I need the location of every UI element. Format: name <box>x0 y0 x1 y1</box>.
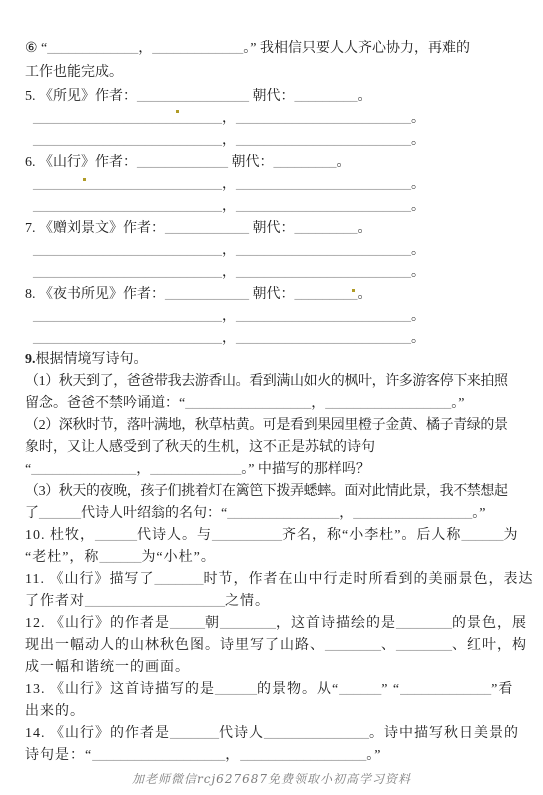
line-text: （3）秋天的夜晚，孩子们挑着灯在篱笆下拨弄蟋蟀。面对此情此景，我不禁想起 <box>25 484 508 499</box>
line-text: 时节，作者在山中行走时所看到的美丽景色，表达 <box>203 572 533 587</box>
line-text: ， <box>225 748 240 763</box>
line-text: 象时，又让人感受到了秋天的生机，这不正是苏轼的诗句 <box>25 440 375 455</box>
line-text: 。 <box>358 221 372 236</box>
fill-in-blank: ___________________________ <box>33 309 222 324</box>
fill-in-blank: ___________________________ <box>33 265 222 280</box>
line-text: 。 <box>411 331 425 346</box>
fill-in-blank: _____________ <box>152 41 243 56</box>
fill-in-blank: _________________________ <box>236 111 411 126</box>
line-text: 根据情境写诗句。 <box>36 352 148 367</box>
fill-in-blank: _________________________ <box>236 309 411 324</box>
line-text: 诗句是：“ <box>25 748 92 763</box>
line-text: 出来的。 <box>25 704 85 719</box>
line-text: 13. 《山行》这首诗描写的是 <box>25 682 215 697</box>
worksheet-body: ⑥ “_____________，_____________。” 我相信只要人人… <box>25 37 525 767</box>
worksheet-line: （1）秋天到了，爸爸带我去游香山。看到满山如火的枫叶，许多游客停下来拍照 <box>25 371 525 393</box>
fill-in-blank: _______ <box>170 726 219 741</box>
fill-in-blank: ___________________________ <box>33 111 222 126</box>
line-text: 11. 《山行》描写了 <box>25 572 154 587</box>
line-text: 朝代： <box>249 287 295 302</box>
worksheet-line: ⑥ “_____________，_____________。” 我相信只要人人… <box>25 37 525 61</box>
worksheet-line: （3）秋天的夜晚，孩子们挑着灯在篱笆下拨弄蟋蟀。面对此情此景，我不禁想起 <box>25 481 525 503</box>
fill-in-blank: ________ <box>396 638 452 653</box>
fill-in-blank: ______ <box>215 682 257 697</box>
line-text: 。” <box>366 748 381 763</box>
line-text: 齐名，称“小李杜”。后人称 <box>282 528 461 543</box>
line-text: ”看 <box>491 682 513 697</box>
line-text: 成一幅和谐统一的画面。 <box>25 660 190 675</box>
fill-in-blank: _____________ <box>400 682 491 697</box>
fill-in-blank: ___________________ <box>92 748 225 763</box>
line-text: ， <box>222 177 236 192</box>
worksheet-line: 出来的。 <box>25 701 525 723</box>
line-text: 7. 《赠刘景文》作者： <box>25 221 165 236</box>
answer-blank-row: ___________________________，____________… <box>25 196 525 218</box>
line-text: ， <box>222 243 236 258</box>
line-text: 朝 <box>205 616 220 631</box>
fill-in-blank: __________________ <box>325 396 451 411</box>
line-text: 代诗人。与 <box>137 528 212 543</box>
answer-blank-row: ___________________________，____________… <box>25 108 525 130</box>
line-text: 的景色，展 <box>452 616 527 631</box>
line-text: ， <box>222 133 236 148</box>
stray-mark <box>352 289 355 292</box>
fill-in-blank: _________ <box>295 221 358 236</box>
fill-in-blank: ______ <box>99 550 141 565</box>
worksheet-line: 诗句是：“___________________，_______________… <box>25 745 525 767</box>
fill-in-blank: _________________________ <box>236 133 411 148</box>
line-text: 。” 我相信只要人人齐心协力，再难的 <box>243 41 470 56</box>
worksheet-line: 成一幅和谐统一的画面。 <box>25 657 525 679</box>
line-text: 。 <box>337 155 351 170</box>
fill-in-blank: _____________ <box>150 462 241 477</box>
answer-blank-row: ___________________________，____________… <box>25 174 525 196</box>
fill-in-blank: _______________ <box>31 462 136 477</box>
line-text: 。 <box>358 89 372 104</box>
line-text: 留念。爸爸不禁吟诵道：“ <box>25 396 185 411</box>
line-text: 9. <box>25 352 36 367</box>
fill-in-blank: _____________ <box>47 41 138 56</box>
worksheet-line: 11. 《山行》描写了_______时节，作者在山中行走时所看到的美丽景色，表达 <box>25 569 525 591</box>
line-text: 朝代： <box>249 221 295 236</box>
worksheet-line: “老杜”，称______为“小杜”。 <box>25 547 525 569</box>
fill-in-blank: _______ <box>154 572 203 587</box>
worksheet-line: 6. 《山行》作者：_____________ 朝代：_________。 <box>25 151 525 174</box>
fill-in-blank: ________ <box>325 638 381 653</box>
line-text: 工作也能完成。 <box>25 65 123 80</box>
line-text: 。 <box>411 111 425 126</box>
fill-in-blank: ________________ <box>227 506 339 521</box>
line-text: 6. 《山行》作者： <box>25 155 137 170</box>
line-text: 代诗人叶绍翁的名句：“ <box>81 506 227 521</box>
fill-in-blank: ________________ <box>137 89 249 104</box>
line-text: 为 <box>503 528 518 543</box>
line-text: 朝代： <box>228 155 274 170</box>
fill-in-blank: ______ <box>339 682 381 697</box>
answer-blank-row: ___________________________，____________… <box>25 328 525 350</box>
answer-blank-row: ___________________________，____________… <box>25 262 525 284</box>
line-text: 8. 《夜书所见》作者： <box>25 287 165 302</box>
line-text: ， <box>222 309 236 324</box>
line-text: （1）秋天到了，爸爸带我去游香山。看到满山如火的枫叶，许多游客停下来拍照 <box>25 374 508 389</box>
worksheet-line: 12. 《山行》的作者是_____朝________，这首诗描绘的是______… <box>25 613 525 635</box>
fill-in-blank: ________ <box>220 616 276 631</box>
fill-in-blank: ____________ <box>165 221 249 236</box>
fill-in-blank: _____ <box>170 616 205 631</box>
fill-in-blank: _________ <box>274 155 337 170</box>
line-text: ， <box>222 265 236 280</box>
line-text: ” “ <box>381 682 400 697</box>
answer-blank-row: ___________________________，____________… <box>25 130 525 152</box>
fill-in-blank: _________________________ <box>236 331 411 346</box>
fill-in-blank: _________ <box>295 89 358 104</box>
worksheet-line: 象时，又让人感受到了秋天的生机，这不正是苏轼的诗句 <box>25 437 525 459</box>
line-text: 、红叶，构 <box>452 638 527 653</box>
fill-in-blank: __________________ <box>185 396 311 411</box>
fill-in-blank: _________ <box>295 287 358 302</box>
fill-in-blank: ______ <box>461 528 503 543</box>
footer-watermark: 加老师微信rcj627687免费领取小初高学习资料 <box>0 770 543 787</box>
answer-blank-row: ___________________________，____________… <box>25 306 525 328</box>
line-text: ， <box>311 396 325 411</box>
line-text: 。 <box>411 309 425 324</box>
fill-in-blank: _________________________ <box>236 243 411 258</box>
line-text: 为“小杜”。 <box>141 550 215 565</box>
line-text: 代诗人 <box>219 726 264 741</box>
worksheet-line: 9.根据情境写诗句。 <box>25 349 525 371</box>
line-text: ， <box>222 331 236 346</box>
fill-in-blank: ___________________________ <box>33 133 222 148</box>
fill-in-blank: _____________ <box>137 155 228 170</box>
worksheet-line: 8. 《夜书所见》作者：____________ 朝代：_________。 <box>25 283 525 306</box>
stray-mark <box>83 178 86 181</box>
worksheet-line: 13. 《山行》这首诗描写的是______的景物。从“______” “____… <box>25 679 525 701</box>
fill-in-blank: _________________________ <box>236 177 411 192</box>
worksheet-line: 现出一幅动人的山林秋色图。诗里写了山路、________、________、红叶… <box>25 635 525 657</box>
line-text: 了作者对 <box>25 594 85 609</box>
line-text: 14. 《山行》的作者是 <box>25 726 170 741</box>
line-text: 朝代： <box>249 89 295 104</box>
line-text: 。” <box>451 396 464 411</box>
worksheet-line: 5. 《所见》作者：________________ 朝代：_________。 <box>25 85 525 108</box>
line-text: （2）深秋时节，落叶满地，秋草枯黄。可是看到果园里橙子金黄、橘子青绿的景 <box>25 418 508 433</box>
fill-in-blank: ___________________________ <box>33 331 222 346</box>
fill-in-blank: ______ <box>95 528 137 543</box>
line-text: 。 <box>411 199 425 214</box>
line-text: 。 <box>411 133 425 148</box>
line-text: “老杜”，称 <box>25 550 99 565</box>
worksheet-line: 10. 杜牧，______代诗人。与__________齐名，称“小李杜”。后人… <box>25 525 525 547</box>
stray-mark <box>176 110 179 113</box>
fill-in-blank: ___________________________ <box>33 177 222 192</box>
line-text: 、 <box>381 638 396 653</box>
line-text: ， <box>136 462 150 477</box>
line-text: 。” <box>472 506 485 521</box>
worksheet-line: 留念。爸爸不禁吟诵道：“__________________，_________… <box>25 393 525 415</box>
line-text: 的景物。从“ <box>257 682 339 697</box>
fill-in-blank: ____________ <box>165 287 249 302</box>
line-text: 。诗中描写秋日美景的 <box>369 726 519 741</box>
worksheet-line: 工作也能完成。 <box>25 61 525 85</box>
fill-in-blank: ________ <box>396 616 452 631</box>
line-text: 现出一幅动人的山林秋色图。诗里写了山路、 <box>25 638 325 653</box>
fill-in-blank: ___________________________ <box>33 199 222 214</box>
line-text: ，这首诗描绘的是 <box>276 616 396 631</box>
fill-in-blank: ___________________________ <box>33 243 222 258</box>
line-text: 。” 中描写的那样吗？ <box>241 462 370 477</box>
fill-in-blank: __________ <box>212 528 282 543</box>
line-text: 。 <box>358 287 372 302</box>
fill-in-blank: ____________________ <box>85 594 225 609</box>
line-text: 。 <box>411 265 425 280</box>
answer-blank-row: ___________________________，____________… <box>25 240 525 262</box>
fill-in-blank: _______________ <box>264 726 369 741</box>
line-text: 。 <box>411 243 425 258</box>
worksheet-line: 了作者对____________________之情。 <box>25 591 525 613</box>
fill-in-blank: __________________ <box>240 748 366 763</box>
fill-in-blank: _________________________ <box>236 199 411 214</box>
line-text: 10. 杜牧， <box>25 528 95 543</box>
worksheet-line: “_______________，_____________。” 中描写的那样吗… <box>25 459 525 481</box>
fill-in-blank: _________________ <box>353 506 472 521</box>
line-text: 之情。 <box>225 594 270 609</box>
line-text: ， <box>222 111 236 126</box>
fill-in-blank: ______ <box>39 506 81 521</box>
worksheet-line: 7. 《赠刘景文》作者：____________ 朝代：_________。 <box>25 217 525 240</box>
line-text: ， <box>138 41 152 56</box>
worksheet-line: 了______代诗人叶绍翁的名句：“________________，_____… <box>25 503 525 525</box>
worksheet-line: （2）深秋时节，落叶满地，秋草枯黄。可是看到果园里橙子金黄、橘子青绿的景 <box>25 415 525 437</box>
line-text: ⑥ “ <box>25 41 47 56</box>
line-text: 5. 《所见》作者： <box>25 89 137 104</box>
line-text: 。 <box>411 177 425 192</box>
line-text: ， <box>222 199 236 214</box>
line-text: 了 <box>25 506 39 521</box>
line-text: ， <box>339 506 353 521</box>
fill-in-blank: _________________________ <box>236 265 411 280</box>
worksheet-page: ⑥ “_____________，_____________。” 我相信只要人人… <box>0 0 543 795</box>
worksheet-line: 14. 《山行》的作者是_______代诗人_______________。诗中… <box>25 723 525 745</box>
line-text: 12. 《山行》的作者是 <box>25 616 170 631</box>
